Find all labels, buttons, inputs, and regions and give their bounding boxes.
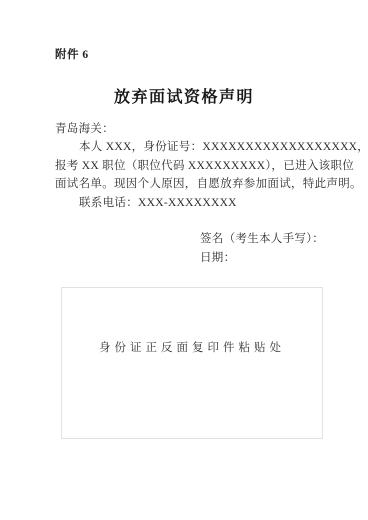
document-title: 放弃面试资格声明	[0, 84, 368, 107]
paste-box-label: 身份证正反面复印件粘贴处	[62, 339, 322, 355]
attachment-number-label: 附件 6	[55, 46, 89, 62]
date-label: 日期：	[200, 249, 324, 268]
body-line-identity: 本人 XXX，身份证号：XXXXXXXXXXXXXXXXXX，	[55, 138, 315, 156]
signature-block: 签名（考生本人手写）： 日期：	[200, 230, 324, 267]
body-text-block: 青岛海关： 本人 XXX，身份证号：XXXXXXXXXXXXXXXXXX， 报考…	[55, 120, 315, 212]
id-copy-paste-box: 身份证正反面复印件粘贴处	[61, 287, 323, 439]
body-line-phone: 联系电话：XXX-XXXXXXXX	[55, 194, 315, 212]
body-line-salutation: 青岛海关：	[55, 120, 315, 138]
body-line-position: 报考 XX 职位（职位代码 XXXXXXXXX），已进入该职位	[55, 157, 315, 175]
signature-label: 签名（考生本人手写）：	[200, 230, 324, 249]
body-line-declaration: 面试名单。现因个人原因，自愿放弃参加面试，特此声明。	[55, 175, 315, 193]
document-page: 附件 6 放弃面试资格声明 青岛海关： 本人 XXX，身份证号：XXXXXXXX…	[0, 0, 368, 520]
